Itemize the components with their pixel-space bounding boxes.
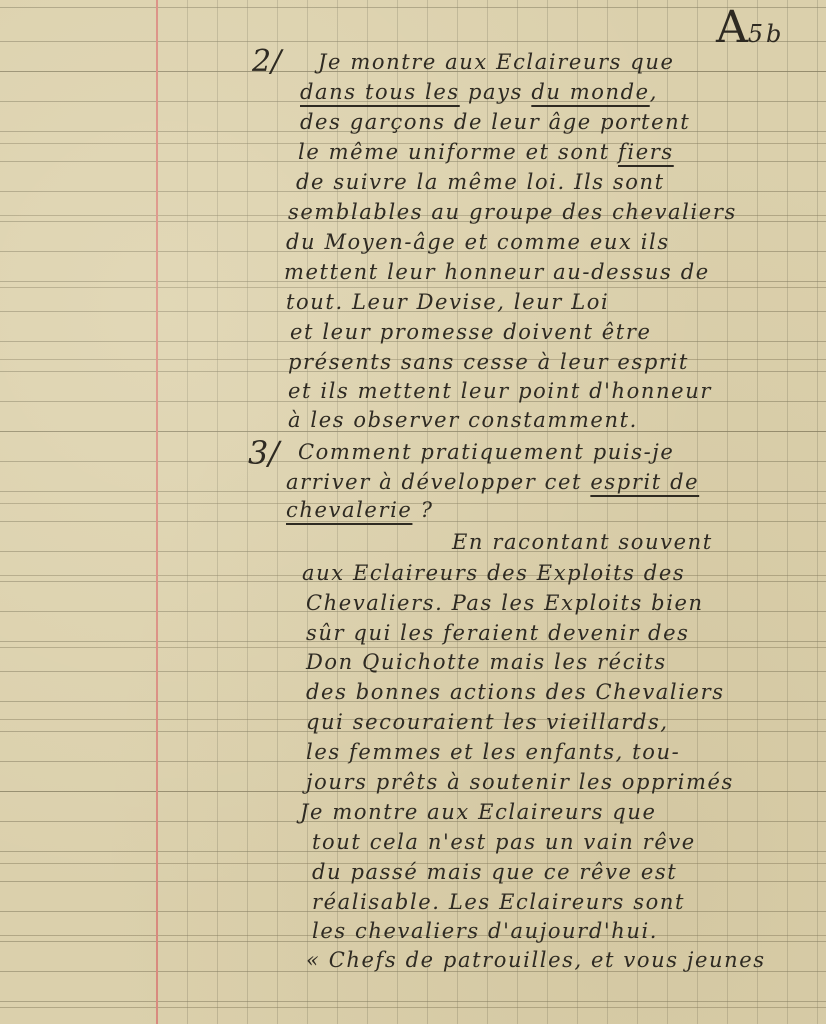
underlined-phrase: du monde [531, 80, 649, 104]
page-reference-number: 5b [748, 20, 785, 48]
handwritten-line: tout. Leur Devise, leur Loi [286, 292, 609, 313]
handwritten-line: des bonnes actions des Chevaliers [306, 682, 725, 703]
underlined-phrase: dans tous les [300, 80, 460, 104]
handwritten-word: pays [468, 80, 523, 104]
handwritten-line: le même uniforme et sont fiers [298, 142, 674, 163]
punctuation: , [650, 80, 658, 104]
underlined-word: fiers [618, 140, 674, 164]
handwritten-line: à les observer constamment. [288, 410, 638, 431]
handwritten-line: Comment pratiquement puis-je [298, 442, 674, 463]
handwritten-line: de suivre la même loi. Ils sont [296, 172, 665, 193]
notebook-page: A5b 2/ Je montre aux Eclaireurs que dans… [0, 0, 826, 1024]
handwritten-line: « Chefs de patrouilles, et vous jeunes [306, 950, 766, 971]
handwritten-line: dans tous les pays du monde, [300, 82, 658, 103]
handwritten-line: sûr qui les feraient devenir des [306, 623, 689, 644]
handwritten-line: qui secouraient les vieillards, [306, 712, 669, 733]
handwritten-phrase: le même uniforme et sont [298, 140, 618, 164]
handwritten-phrase: arriver à développer cet [286, 470, 590, 494]
handwritten-line: aux Eclaireurs des Exploits des [302, 563, 685, 584]
handwritten-line: et ils mettent leur point d'honneur [288, 381, 712, 402]
handwritten-line: réalisable. Les Eclaireurs sont [312, 892, 685, 913]
underlined-word: chevalerie [286, 498, 412, 522]
handwritten-line: présents sans cesse à leur esprit [288, 352, 689, 373]
handwritten-line: Chevaliers. Pas les Exploits bien [306, 593, 704, 614]
handwritten-line: tout cela n'est pas un vain rêve [312, 832, 696, 853]
handwritten-line: du passé mais que ce rêve est [312, 862, 677, 883]
handwritten-line: des garçons de leur âge portent [300, 112, 690, 133]
handwritten-line: Je montre aux Eclaireurs que [318, 52, 674, 73]
handwritten-line: chevalerie ? [286, 500, 434, 521]
section-marker-3: 3/ [248, 434, 279, 472]
handwritten-line: du Moyen-âge et comme eux ils [286, 232, 670, 253]
page-reference-letter: A [716, 2, 748, 53]
punctuation: ? [412, 498, 433, 522]
handwritten-line: arriver à développer cet esprit de [286, 472, 699, 493]
handwritten-line: et leur promesse doivent être [290, 322, 652, 343]
handwritten-line: semblables au groupe des chevaliers [288, 202, 737, 223]
section-marker-2: 2/ [252, 44, 281, 79]
underlined-phrase: esprit de [590, 470, 699, 494]
handwritten-line: les femmes et les enfants, tou- [306, 742, 680, 763]
handwritten-line: En racontant souvent [452, 532, 713, 553]
page-reference: A5b [716, 2, 784, 53]
handwritten-line: jours prêts à soutenir les opprimés [306, 772, 734, 793]
handwritten-line: les chevaliers d'aujourd'hui. [312, 921, 658, 942]
handwritten-line: Don Quichotte mais les récits [306, 652, 667, 673]
handwritten-line: Je montre aux Eclaireurs que [300, 802, 656, 823]
handwritten-line: mettent leur honneur au-dessus de [284, 262, 710, 283]
